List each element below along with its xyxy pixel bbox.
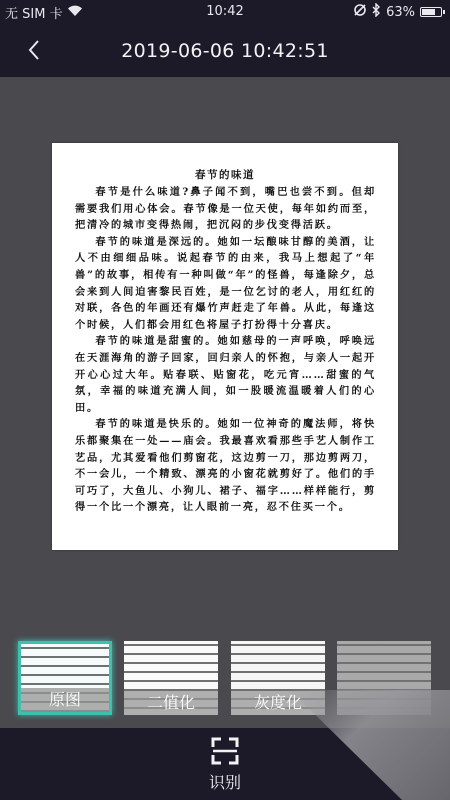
filter-label: 二值化 (124, 691, 218, 715)
bottom-toolbar: 识别 (0, 728, 450, 800)
page-title: 2019-06-06 10:42:51 (121, 40, 329, 62)
filter-label: 原图 (21, 688, 109, 712)
filter-fourth[interactable] (337, 641, 431, 715)
document-body: 春节是什么味道?鼻子闻不到，嘴巴也尝不到。但却需要我们用心体会。春节像是一位天使… (75, 184, 376, 516)
document-paragraph: 春节是什么味道?鼻子闻不到，嘴巴也尝不到。但却需要我们用心体会。春节像是一位天使… (75, 184, 376, 234)
recognize-button[interactable]: 识别 (195, 736, 255, 798)
mute-icon (353, 3, 367, 21)
battery-icon (420, 7, 442, 17)
status-right: 63% (353, 3, 442, 21)
chevron-left-icon (27, 39, 41, 61)
recognize-label: 识别 (209, 770, 241, 793)
back-button[interactable] (20, 36, 48, 64)
header-bar: 2019-06-06 10:42:51 (0, 24, 450, 77)
document-paragraph: 春节的味道是甜蜜的。她如慈母的一声呼唤，呼唤远在天涯海角的游子回家，回归亲人的怀… (75, 333, 376, 416)
bluetooth-icon (372, 3, 381, 21)
status-bar: 无 SIM 卡 10:42 63% (0, 0, 450, 24)
battery-percent: 63% (386, 5, 415, 20)
filter-original[interactable]: 原图 (18, 641, 112, 715)
document-paragraph: 春节的味道是快乐的。她如一位神奇的魔法师，将快乐都聚集在一处——庙会。我最喜欢看… (75, 416, 376, 516)
filter-grayscale[interactable]: 灰度化 (231, 641, 325, 715)
fade-overlay (337, 685, 431, 715)
scan-icon (210, 736, 240, 766)
document-title: 春节的味道 (52, 167, 398, 182)
document-paragraph: 春节的味道是深远的。她如一坛酿味甘醇的美酒，让人不由细细品味。说起春节的由来，我… (75, 234, 376, 334)
document-preview: 春节的味道 春节是什么味道?鼻子闻不到，嘴巴也尝不到。但却需要我们用心体会。春节… (52, 143, 398, 550)
filter-strip: 原图 二值化 灰度化 (0, 641, 450, 728)
filter-binarize[interactable]: 二值化 (124, 641, 218, 715)
filter-label: 灰度化 (231, 691, 325, 715)
